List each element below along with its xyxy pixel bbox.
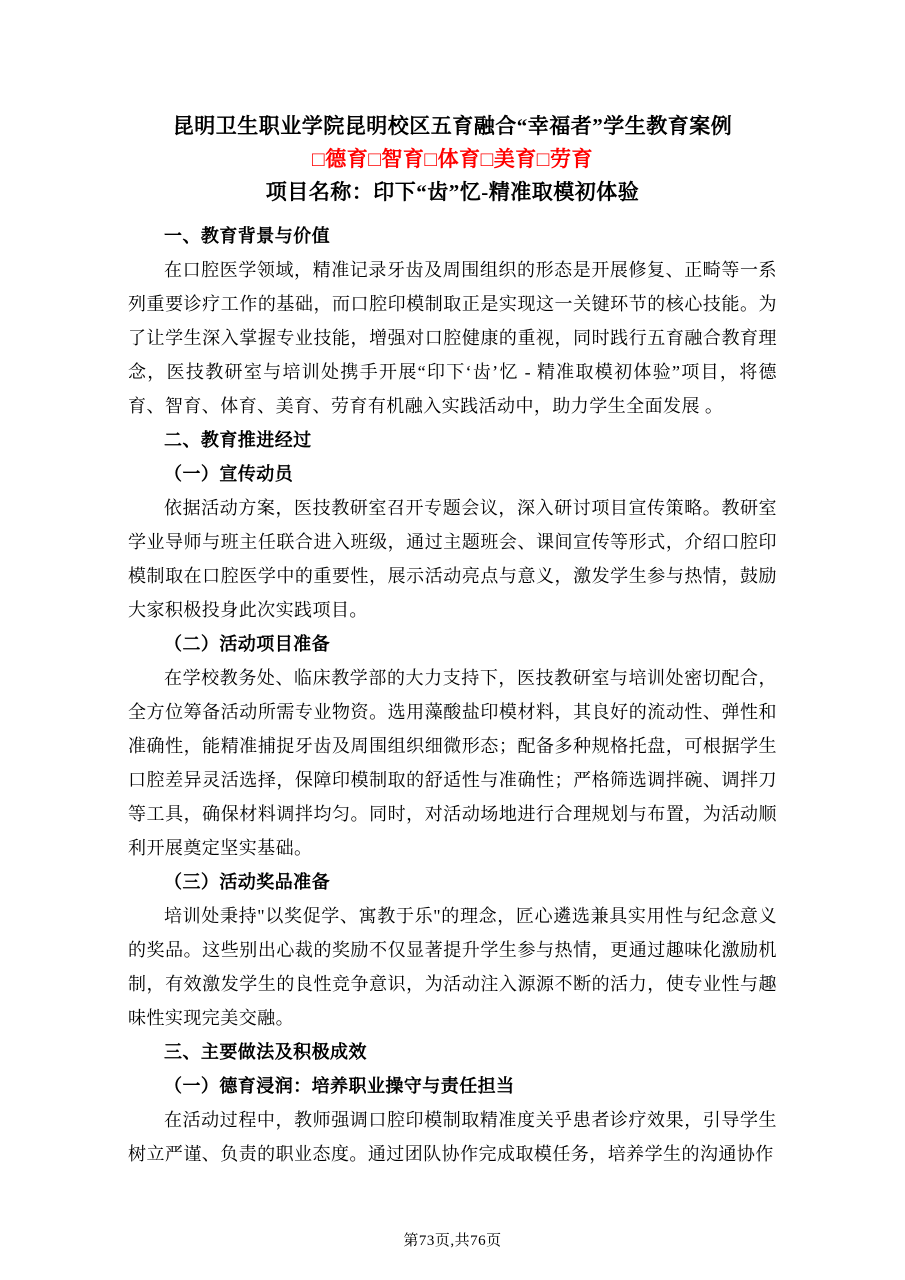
section-heading: （一）宣传动员 [128, 457, 777, 491]
section-heading: （二）活动项目准备 [128, 627, 777, 661]
document-title: 昆明卫生职业学院昆明校区五育融合“幸福者”学生教育案例 [0, 110, 905, 143]
section-heading: （一）德育浸润：培养职业操守与责任担当 [128, 1069, 777, 1103]
paragraph: 在口腔医学领域，精准记录牙齿及周围组织的形态是开展修复、正畸等一系列重要诊疗工作… [128, 253, 777, 423]
five-education-checkbox-line: □德育□智育□体育□美育□劳育 [0, 143, 905, 176]
document-title-block: 昆明卫生职业学院昆明校区五育融合“幸福者”学生教育案例 □德育□智育□体育□美育… [0, 0, 905, 209]
document-body: 一、教育背景与价值在口腔医学领域，精准记录牙齿及周围组织的形态是开展修复、正畸等… [128, 219, 777, 1171]
section-heading: 一、教育背景与价值 [128, 219, 777, 253]
section-heading: 三、主要做法及积极成效 [128, 1035, 777, 1069]
project-name-title: 项目名称：印下“齿”忆-精准取模初体验 [0, 176, 905, 209]
page-footer: 第73页,共76页 [0, 1229, 905, 1250]
paragraph: 在学校教务处、临床教学部的大力支持下，医技教研室与培训处密切配合，全方位筹备活动… [128, 661, 777, 865]
section-heading: 二、教育推进经过 [128, 423, 777, 457]
paragraph: 在活动过程中，教师强调口腔印模制取精准度关乎患者诊疗效果，引导学生树立严谨、负责… [128, 1103, 777, 1171]
document-page: 昆明卫生职业学院昆明校区五育融合“幸福者”学生教育案例 □德育□智育□体育□美育… [0, 0, 905, 1280]
section-heading: （三）活动奖品准备 [128, 865, 777, 899]
paragraph: 依据活动方案，医技教研室召开专题会议，深入研讨项目宣传策略。教研室学业导师与班主… [128, 491, 777, 627]
paragraph: 培训处秉持"以奖促学、寓教于乐"的理念，匠心遴选兼具实用性与纪念意义的奖品。这些… [128, 899, 777, 1035]
